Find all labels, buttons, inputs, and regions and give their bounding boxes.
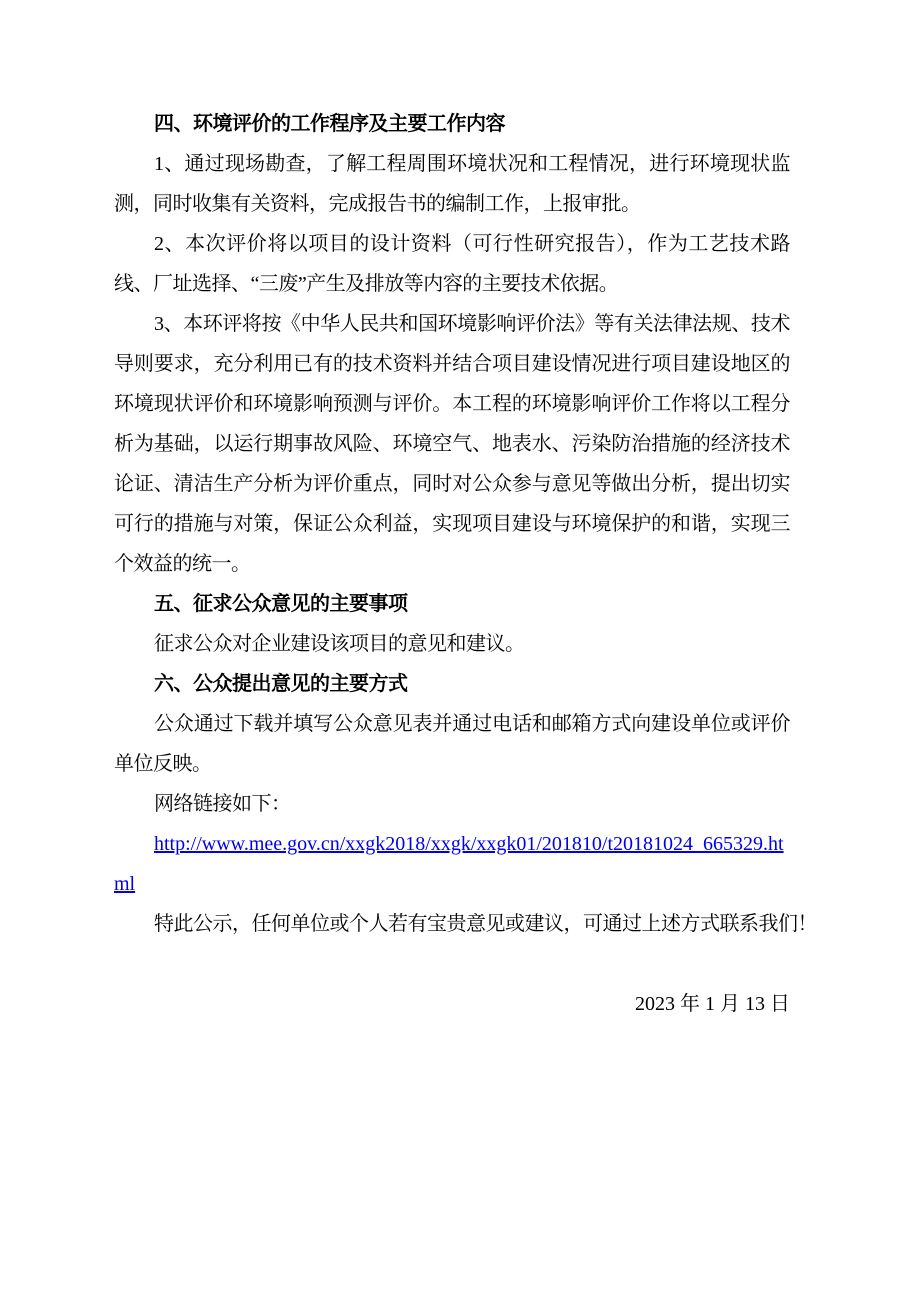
section-5-heading: 五、征求公众意见的主要事项 <box>114 584 790 624</box>
section-4-paragraph-3: 3、本环评将按《中华人民共和国环境影响评价法》等有关法律法规、技术导则要求，充分… <box>114 304 790 584</box>
section-6-body: 公众通过下载并填写公众意见表并通过电话和邮箱方式向建设单位或评价单位反映。 <box>114 704 790 784</box>
date-line: 2023 年 1 月 13 日 <box>114 984 790 1024</box>
closing-statement: 特此公示，任何单位或个人若有宝贵意见或建议，可通过上述方式联系我们！ <box>114 904 790 944</box>
section-6-heading: 六、公众提出意见的主要方式 <box>114 664 790 704</box>
section-5-body: 征求公众对企业建设该项目的意见和建议。 <box>114 624 790 664</box>
public-notice-link[interactable]: http://www.mee.gov.cn/xxgk2018/xxgk/xxgk… <box>114 833 784 895</box>
section-4-paragraph-1: 1、通过现场勘查，了解工程周围环境状况和工程情况，进行环境现状监测，同时收集有关… <box>114 144 790 224</box>
section-4-heading: 四、环境评价的工作程序及主要工作内容 <box>114 104 790 144</box>
section-4-paragraph-2: 2、本次评价将以项目的设计资料（可行性研究报告），作为工艺技术路线、厂址选择、“… <box>114 224 790 304</box>
link-intro: 网络链接如下： <box>114 784 790 824</box>
document-page: 四、环境评价的工作程序及主要工作内容 1、通过现场勘查，了解工程周围环境状况和工… <box>0 0 900 1307</box>
publication-date: 2023 年 1 月 13 日 <box>635 993 790 1015</box>
link-line: http://www.mee.gov.cn/xxgk2018/xxgk/xxgk… <box>114 824 790 904</box>
